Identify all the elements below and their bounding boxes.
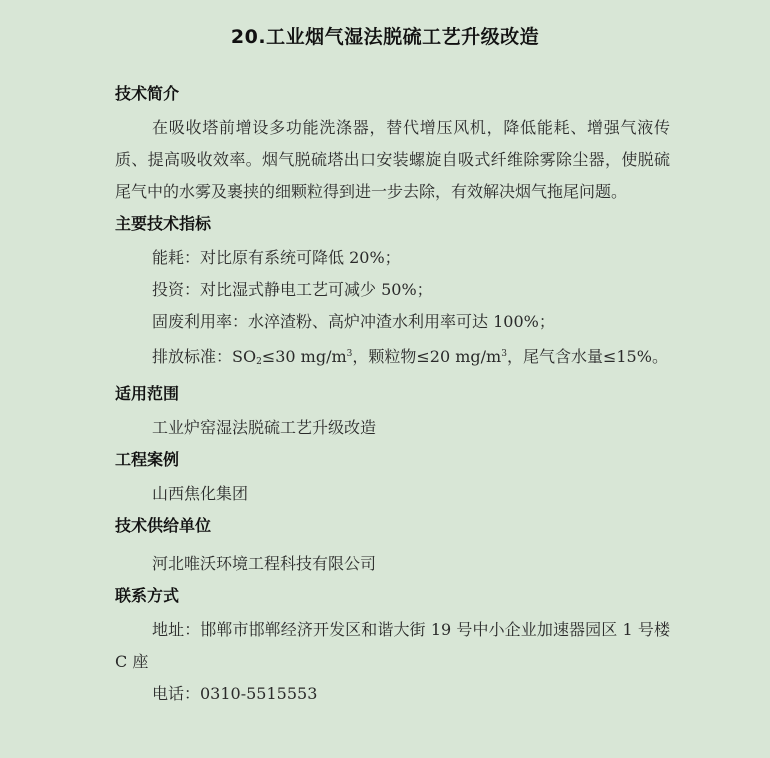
section-heading-indicators: 主要技术指标 [115, 210, 670, 242]
intro-paragraph: 在吸收塔前增设多功能洗涤器，替代增压风机，降低能耗、增强气液传质、提高吸收效率。… [115, 112, 670, 208]
indicator-emission: 排放标准：SO2≤30 mg/m3，颗粒物≤20 mg/m3，尾气含水量≤15%… [115, 338, 670, 378]
case-item: 山西焦化集团 [115, 478, 670, 510]
document-title: 20.工业烟气湿法脱硫工艺升级改造 [0, 22, 770, 49]
section-heading-cases: 工程案例 [115, 446, 670, 478]
indicator-energy: 能耗：对比原有系统可降低 20%； [115, 242, 670, 274]
indicator-solid-waste: 固废利用率：水淬渣粉、高炉冲渣水利用率可达 100%； [115, 306, 670, 338]
section-heading-contact: 联系方式 [115, 582, 670, 614]
so2-symbol: SO [232, 347, 256, 366]
scope-item: 工业炉窑湿法脱硫工艺升级改造 [115, 412, 670, 444]
contact-phone: 电话：0310-5515553 [115, 678, 670, 710]
contact-address: 地址：邯郸市邯郸经济开发区和谐大街 19 号中小企业加速器园区 1 号楼 C 座 [115, 614, 670, 678]
document-body: 技术简介 在吸收塔前增设多功能洗涤器，替代增压风机，降低能耗、增强气液传质、提高… [115, 80, 670, 710]
section-heading-supplier: 技术供给单位 [115, 512, 670, 544]
section-heading-scope: 适用范围 [115, 380, 670, 412]
section-heading-intro: 技术简介 [115, 80, 670, 112]
particulate-limit: ，颗粒物≤20 mg/m [352, 347, 501, 366]
moisture-limit: ，尾气含水量≤15%。 [507, 347, 668, 366]
supplier-item: 河北唯沃环境工程科技有限公司 [115, 548, 670, 580]
so2-limit: ≤30 mg/m [262, 347, 347, 366]
indicator-investment: 投资：对比湿式静电工艺可减少 50%； [115, 274, 670, 306]
emission-label: 排放标准： [152, 347, 232, 366]
